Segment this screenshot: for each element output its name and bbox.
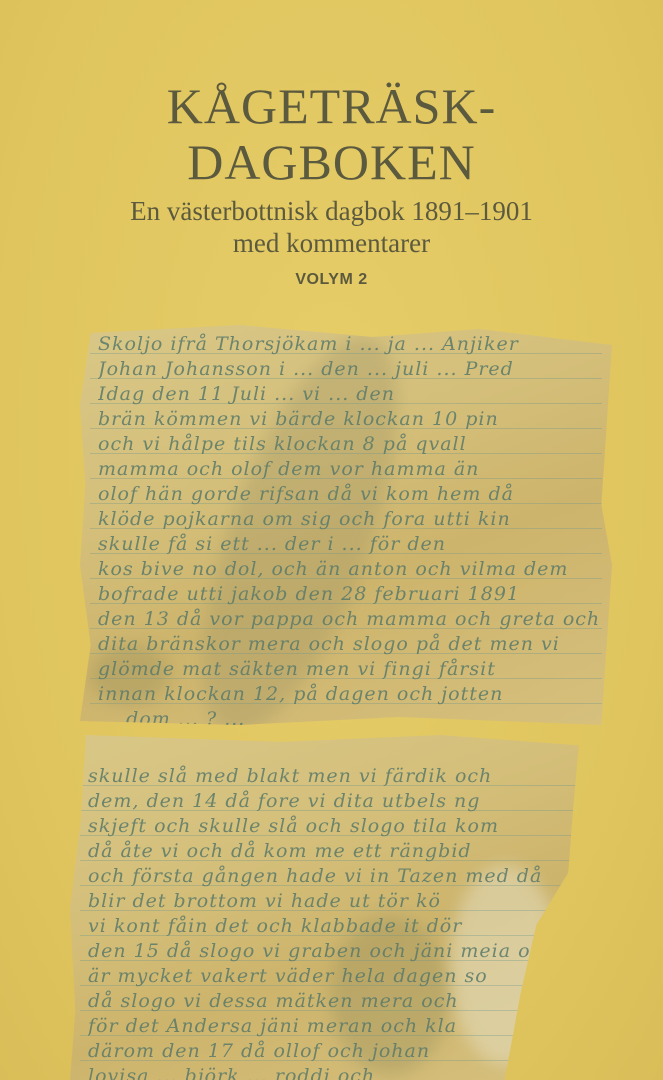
- handwritten-line: för det Andersa jäni meran och kla: [88, 1015, 590, 1037]
- handwritten-line: lovisa ... björk ... roddi och: [88, 1065, 590, 1080]
- subtitle-line-2: med kommentarer: [0, 228, 663, 258]
- handwritten-line: kos bive no dol, och än anton och vilma …: [98, 558, 602, 580]
- handwritten-line: dita bränskor mera och slogo på det men …: [98, 633, 602, 655]
- handwritten-line: är mycket vakert väder hela dagen so: [88, 965, 590, 987]
- handwritten-line: mamma och olof dem vor hamma än: [98, 458, 602, 480]
- manuscript-upper-fragment: Skoljo ifrå Thorsjökam i ... ja ... Anji…: [80, 325, 612, 725]
- handwritten-line: bofrade utti jakob den 28 februari 1891: [98, 583, 602, 605]
- subtitle-line-1: En västerbottnisk dagbok 1891–1901: [0, 196, 663, 226]
- manuscript-lower-fragment: skulle slå med blakt men vi färdik ochde…: [70, 735, 600, 1080]
- handwritten-line: olof hän gorde rifsan då vi kom hem då: [98, 483, 602, 505]
- handwritten-line: då åte vi och då kom me ett rängbid: [88, 840, 590, 862]
- handwritten-line: glömde mat säkten men vi fingi fårsit: [98, 658, 602, 680]
- title-line-2: DAGBOKEN: [0, 134, 663, 190]
- title-line-1: KÅGETRÄSK-: [0, 78, 663, 134]
- handwritten-line: Idag den 11 Juli ... vi ... den: [98, 383, 602, 405]
- handwritten-line: vi kont fåin det och klabbade it dör: [88, 915, 590, 937]
- handwritten-line: ... dom ... ? ...: [98, 708, 602, 725]
- handwritten-line: brän kömmen vi bärde klockan 10 pin: [98, 408, 602, 430]
- handwritten-line: och första gången hade vi in Tazen med d…: [88, 865, 590, 887]
- handwritten-line: Skoljo ifrå Thorsjökam i ... ja ... Anji…: [98, 333, 602, 355]
- handwritten-line: den 15 då slogo vi graben och jäni meia …: [88, 940, 590, 962]
- handwritten-line: blir det brottom vi hade ut tör kö: [88, 890, 590, 912]
- handwritten-line: skulle få si ett ... der i ... för den: [98, 533, 602, 555]
- handwritten-line: den 13 då vor pappa och mamma och greta …: [98, 608, 602, 630]
- handwritten-line: skjeft och skulle slå och slogo tila kom: [88, 815, 590, 837]
- handwritten-line: då slogo vi dessa mätken mera och: [88, 990, 590, 1012]
- handwritten-line: innan klockan 12, på dagen och jotten: [98, 683, 602, 705]
- volume-label: VOLYM 2: [0, 271, 663, 289]
- handwritten-line: Johan Johansson i ... den ... juli ... P…: [98, 358, 602, 380]
- handwritten-line: och vi hålpe tils klockan 8 på qvall: [98, 433, 602, 455]
- handwritten-line: dem, den 14 då fore vi dita utbels ng: [88, 790, 590, 812]
- handwritten-line: klöde pojkarna om sig och fora utti kin: [98, 508, 602, 530]
- handwritten-line: därom den 17 då ollof och johan: [88, 1040, 590, 1062]
- handwritten-line: skulle slå med blakt men vi färdik och: [88, 765, 590, 787]
- book-cover: KÅGETRÄSK- DAGBOKEN En västerbottnisk da…: [0, 0, 663, 1080]
